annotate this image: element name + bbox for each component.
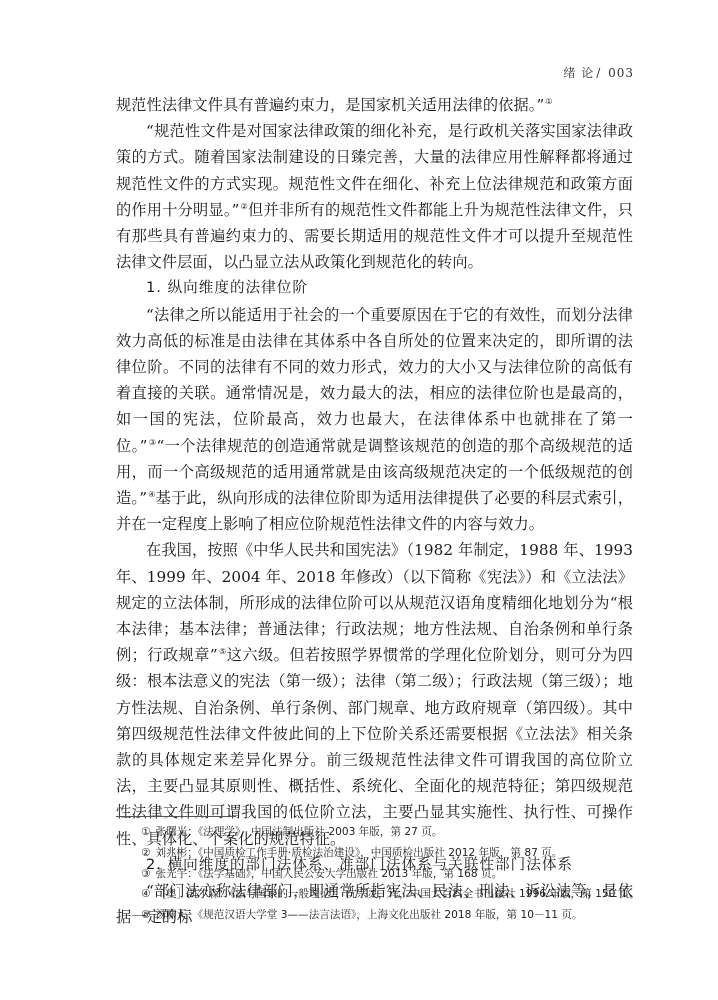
footnote-text: 张光宇：《法学基础》，中国人民公安大学出版社 2013 年版，第 168 页。 — [156, 868, 503, 880]
footnotes: ①张曙光：《法理学》，中国法制出版社 2003 年版，第 27 页。 ②刘兆彬：… — [141, 822, 641, 926]
paragraph: “法律之所以能适用于社会的一个重要原因在于它的有效性，而划分法律效力高低的标准是… — [116, 302, 633, 538]
section-heading: 1. 纵向维度的法律位阶 — [116, 275, 633, 301]
footnote-item: ④［奥］凯尔森：《法与国家的一般理论》，沈宗灵，译，中国大百科全书出版社 199… — [141, 884, 641, 905]
footnote-item: ①张曙光：《法理学》，中国法制出版社 2003 年版，第 27 页。 — [141, 822, 641, 843]
footnote-divider — [116, 816, 236, 817]
footnote-marker: ③ — [141, 868, 151, 880]
footnote-marker: ④ — [141, 888, 151, 900]
footnote-text: 汤啸天：《规范汉语大学堂 3——法言法语》，上海文化出版社 2018 年版，第 … — [156, 909, 583, 921]
footnote-text: ［奥］凯尔森：《法与国家的一般理论》，沈宗灵，译，中国大百科全书出版社 1996… — [156, 888, 640, 900]
page-number: 003 — [608, 66, 634, 80]
footnote-item: ②刘兆彬：《中国质检工作手册·质检法治建设》，中国质检出版社 2012 年版，第… — [141, 843, 641, 864]
footnote-item: ⑤汤啸天：《规范汉语大学堂 3——法言法语》，上海文化出版社 2018 年版，第… — [141, 905, 641, 926]
paragraph: “规范性文件是对国家法律政策的细化补充，是行政机关落实国家法律政策的方式。随着国… — [116, 118, 633, 275]
chapter-title: 绪 论 — [563, 66, 594, 80]
header-separator: / — [596, 66, 601, 80]
footnote-text: 张曙光：《法理学》，中国法制出版社 2003 年版，第 27 页。 — [156, 826, 443, 838]
footnote-ref[interactable]: ⑤ — [219, 647, 227, 656]
footnote-ref[interactable]: ④ — [148, 490, 156, 499]
footnote-marker: ① — [141, 826, 151, 838]
footnote-marker: ⑤ — [141, 909, 151, 921]
paragraph: 在我国，按照《中华人民共和国宪法》（1982 年制定，1988 年、1993 年… — [116, 537, 633, 851]
body-text: 规范性法律文件具有普遍约束力，是国家机关适用法律的依据。”① “规范性文件是对国… — [116, 92, 633, 931]
footnote-ref[interactable]: ② — [241, 202, 249, 211]
footnote-item: ③张光宇：《法学基础》，中国人民公安大学出版社 2013 年版，第 168 页。 — [141, 864, 641, 885]
paragraph-continuation: 规范性法律文件具有普遍约束力，是国家机关适用法律的依据。”① — [116, 92, 633, 118]
footnote-ref[interactable]: ① — [545, 97, 552, 106]
footnote-marker: ② — [141, 847, 151, 859]
running-header: 绪 论/ 003 — [563, 64, 634, 81]
footnote-text: 刘兆彬：《中国质检工作手册·质检法治建设》，中国质检出版社 2012 年版，第 … — [156, 847, 563, 859]
